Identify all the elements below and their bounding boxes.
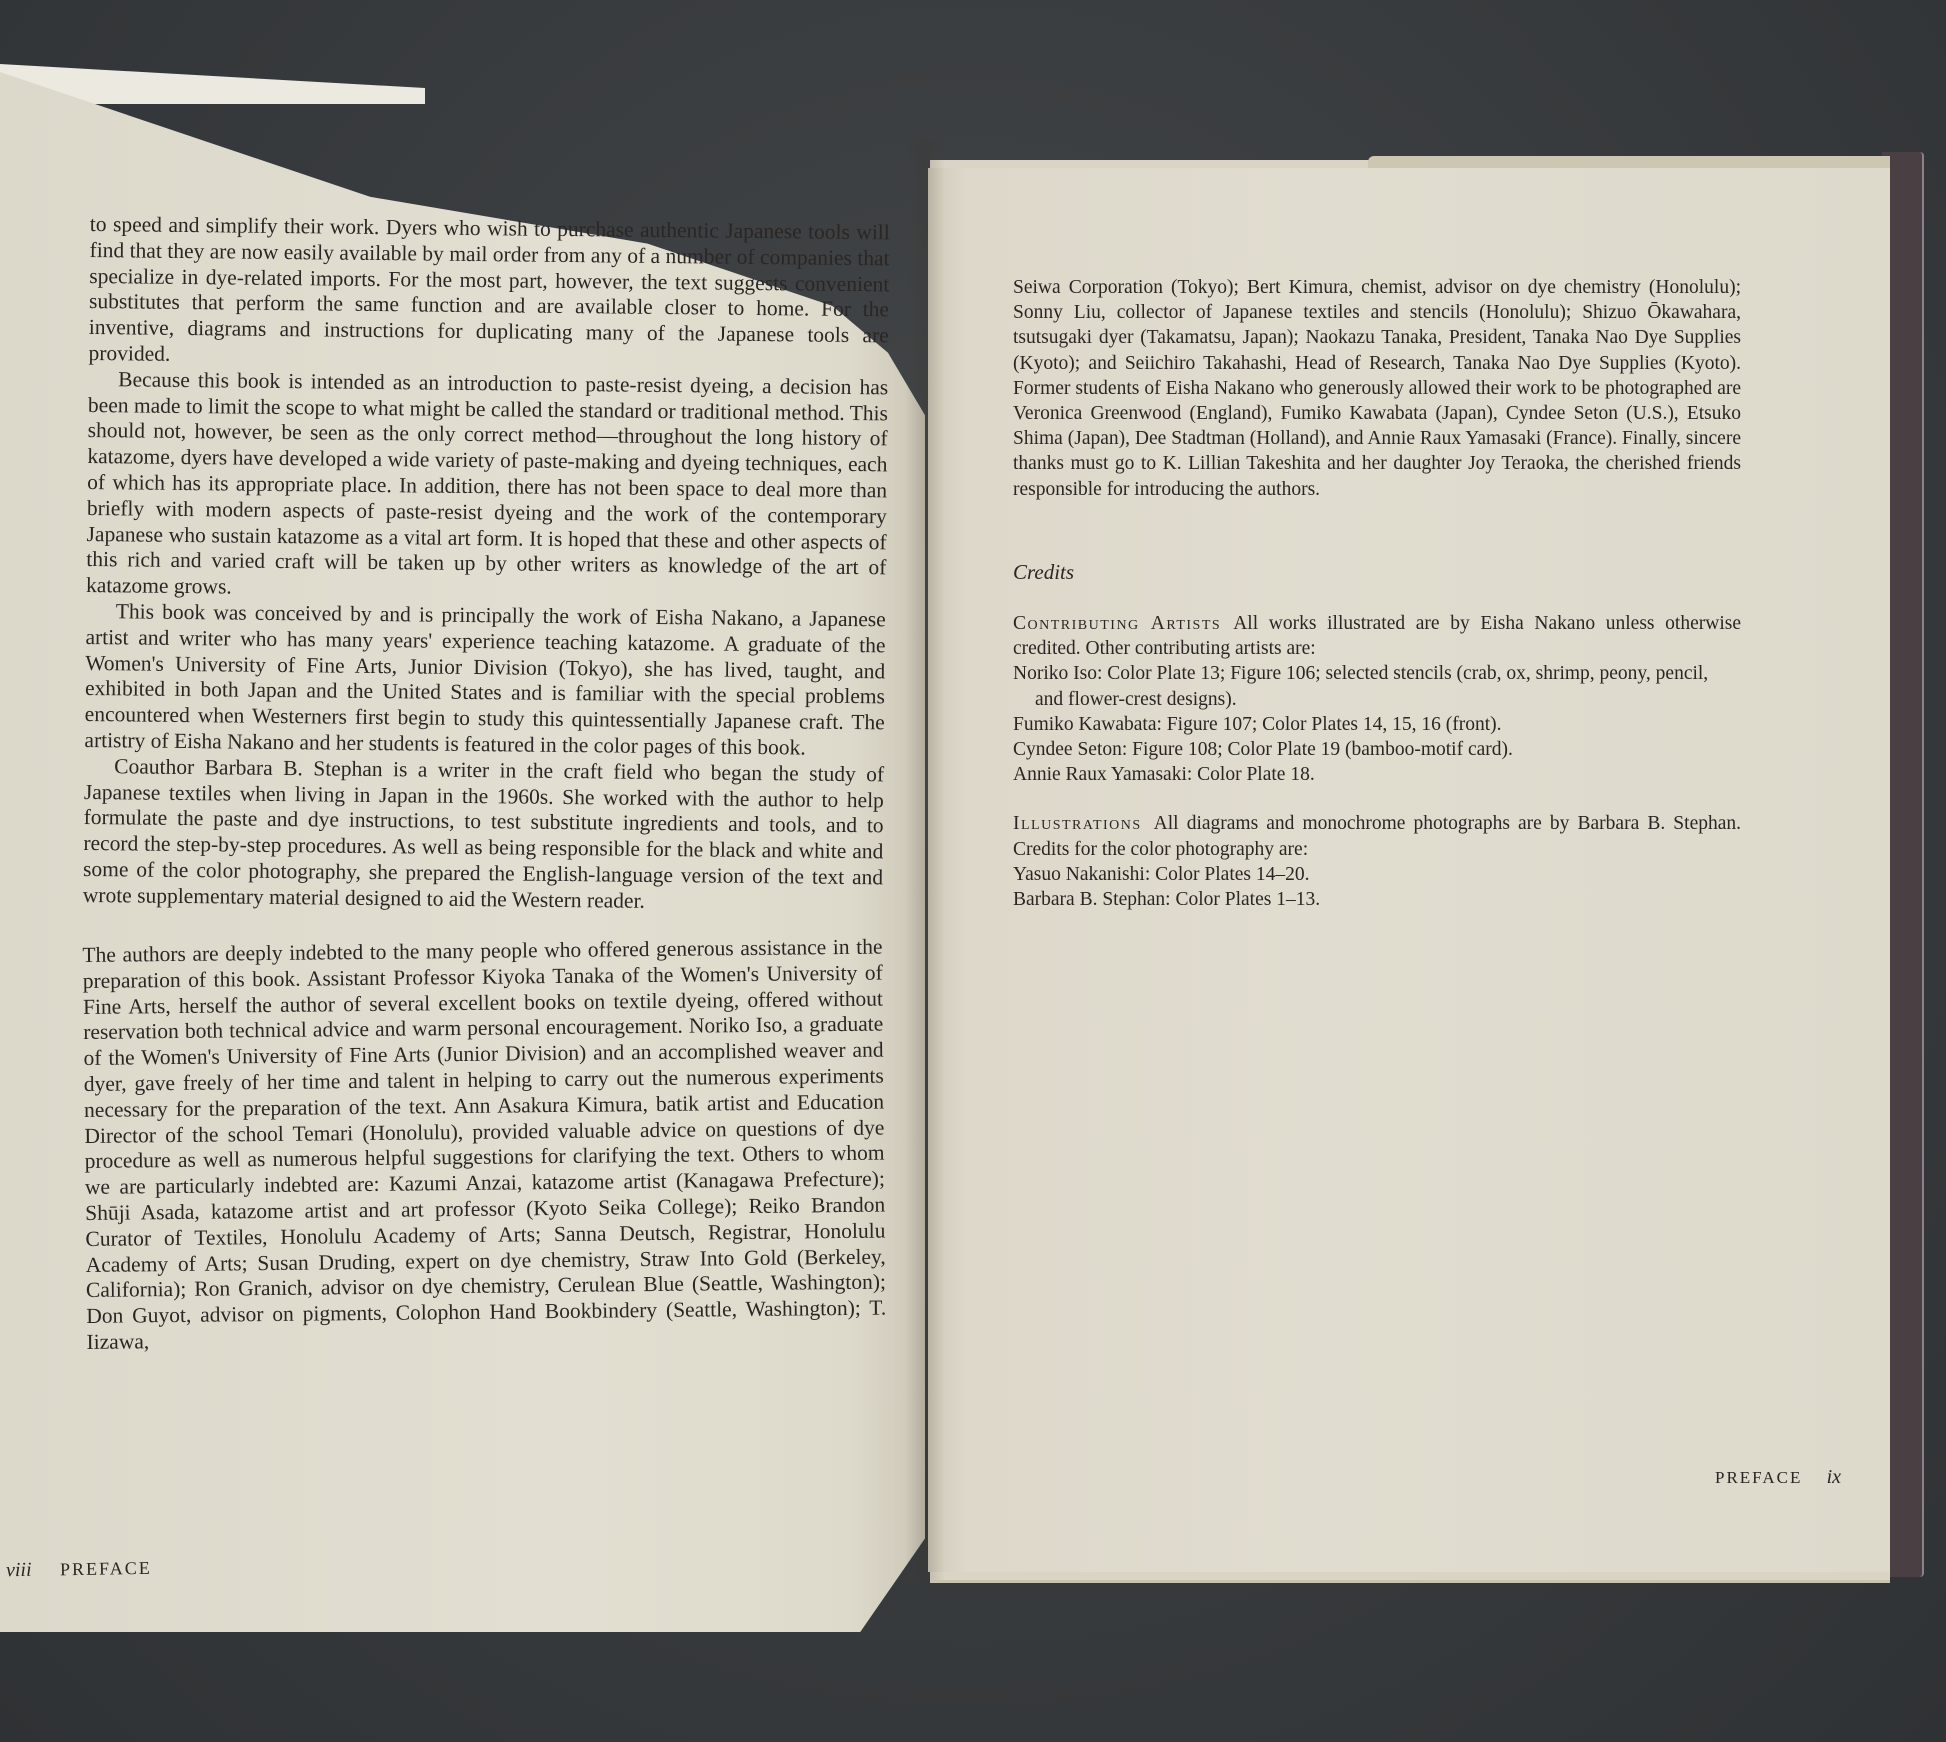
credits-heading: Credits <box>1013 560 1741 585</box>
book-gutter <box>905 140 945 1580</box>
credit-item: Noriko Iso: Color Plate 13; Figure 106; … <box>1013 661 1741 711</box>
left-page-body: to speed and simplify their work. Dyers … <box>78 212 890 1364</box>
page-number: viii <box>6 1559 32 1581</box>
credit-item: Barbara B. Stephan: Color Plates 1–13. <box>1013 887 1741 912</box>
paragraph: Coauthor Barbara B. Stephan is a writer … <box>83 754 885 917</box>
running-head-title: PREFACE <box>1715 1468 1802 1487</box>
section-label: Contributing Artists <box>1013 613 1221 634</box>
paragraph: to speed and simplify their work. Dyers … <box>88 212 890 375</box>
acknowledgments-paragraph: The authors are deeply indebted to the m… <box>82 934 886 1355</box>
credit-item: Annie Raux Yamasaki: Color Plate 18. <box>1013 762 1741 787</box>
illustrations-section: IllustrationsAll diagrams and monochrome… <box>1013 811 1741 861</box>
credit-item: Cyndee Seton: Figure 108; Color Plate 19… <box>1013 737 1741 762</box>
running-head-left: viii PREFACE <box>6 1557 152 1583</box>
paragraph: Seiwa Corporation (Tokyo); Bert Kimura, … <box>1013 275 1741 502</box>
contributing-artists-list: Noriko Iso: Color Plate 13; Figure 106; … <box>1013 661 1741 787</box>
running-head-title: PREFACE <box>60 1558 152 1580</box>
section-label: Illustrations <box>1013 813 1142 834</box>
paragraph: This book was conceived by and is princi… <box>84 599 886 762</box>
right-page-body: Seiwa Corporation (Tokyo); Bert Kimura, … <box>1013 275 1741 936</box>
contributing-artists-section: Contributing ArtistsAll works illustrate… <box>1013 611 1741 661</box>
illustrations-list: Yasuo Nakanishi: Color Plates 14–20. Bar… <box>1013 862 1741 912</box>
running-head-right: PREFACE ix <box>1715 1466 1841 1489</box>
page-number: ix <box>1827 1466 1841 1488</box>
paragraph: Because this book is intended as an intr… <box>86 367 888 608</box>
credit-item: Yasuo Nakanishi: Color Plates 14–20. <box>1013 862 1741 887</box>
credit-item: Fumiko Kawabata: Figure 107; Color Plate… <box>1013 712 1741 737</box>
